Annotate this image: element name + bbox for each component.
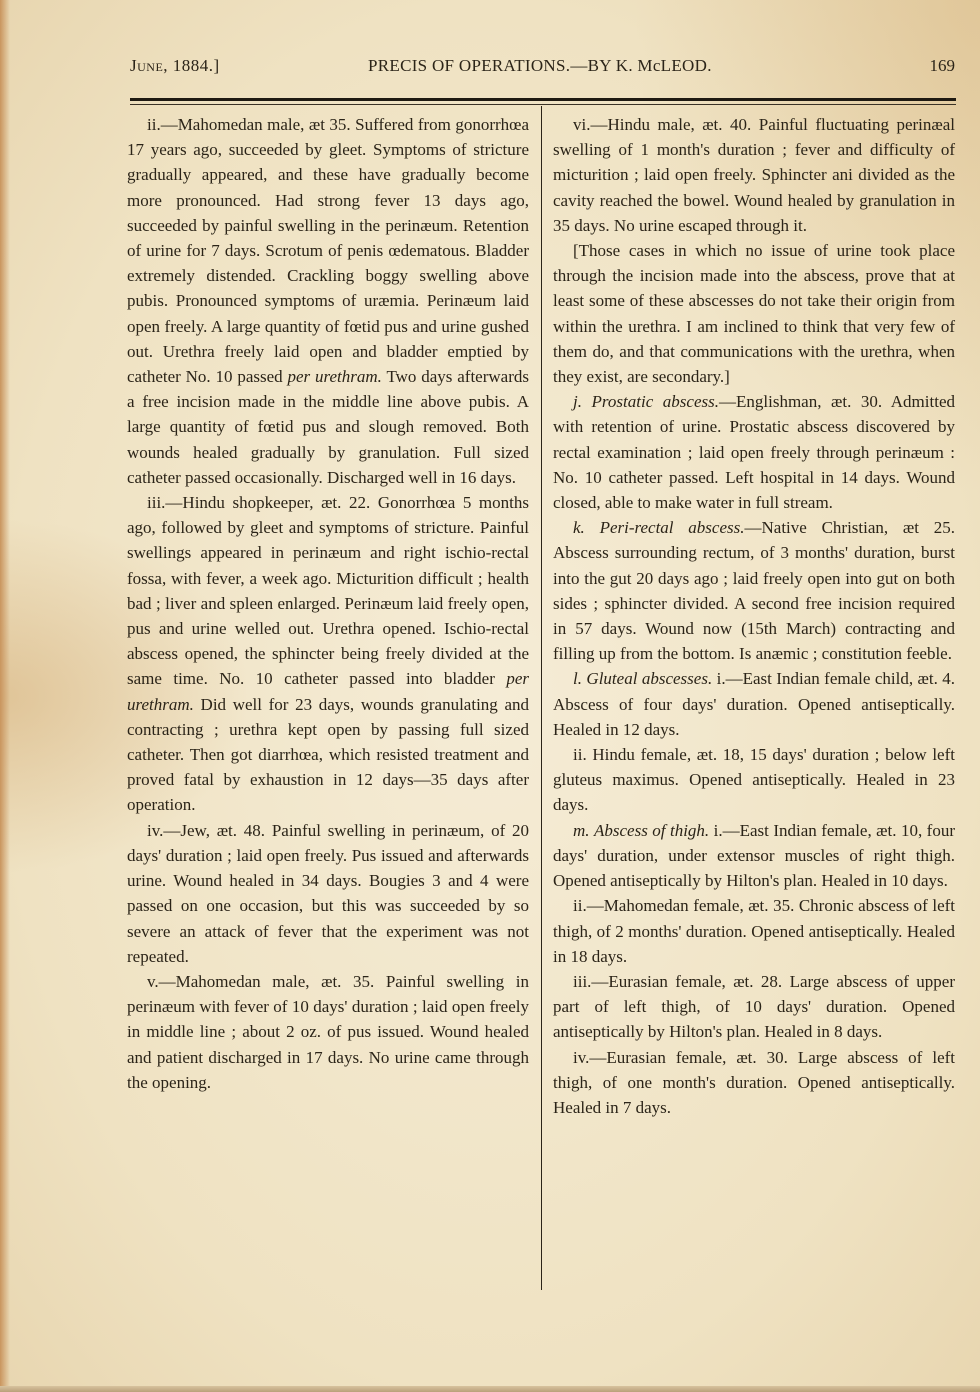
right-column: vi.—Hindu male, æt. 40. Painful fluctuat… — [553, 112, 955, 1120]
section-letter: l. — [573, 669, 582, 688]
section-heading: Gluteal abscesses. — [586, 669, 712, 688]
section-letter: m. — [573, 821, 590, 840]
running-header: June, 1884.] PRECIS OF OPERATIONS.—BY K.… — [130, 56, 960, 84]
para-text: ii. Hindu female, æt. 18, 15 days' durat… — [553, 745, 955, 814]
page-bottom-edge — [0, 1386, 980, 1392]
gluteal-case-ii: ii. Hindu female, æt. 18, 15 days' durat… — [553, 742, 955, 818]
para-text: v.—Mahomedan male, æt. 35. Painful swell… — [127, 972, 529, 1092]
para-text: [Those cases in which no issue of urine … — [553, 241, 955, 386]
book-page: June, 1884.] PRECIS OF OPERATIONS.—BY K.… — [0, 0, 980, 1392]
section-l-gluteal-abscesses: l. Gluteal abscesses. i.—East Indian fem… — [553, 666, 955, 742]
section-m-abscess-of-thigh: m. Abscess of thigh. i.—East Indian fema… — [553, 818, 955, 894]
header-rule-thick — [130, 98, 956, 101]
section-heading: Peri-rectal abscess. — [600, 518, 745, 537]
section-heading: Abscess of thigh. — [594, 821, 709, 840]
para-text: —Native Christian, æt 25. Abscess surrou… — [553, 518, 955, 663]
case-iii-paragraph: iii.—Hindu shopkeeper, æt. 22. Gonorrhœa… — [127, 490, 529, 818]
para-text: iv.—Jew, æt. 48. Painful swelling in per… — [127, 821, 529, 966]
case-v-paragraph: v.—Mahomedan male, æt. 35. Painful swell… — [127, 969, 529, 1095]
left-column: ii.—Mahomedan male, æt 35. Suffered from… — [127, 112, 529, 1095]
page-number: 169 — [930, 56, 956, 76]
para-text: iii.—Eurasian female, æt. 28. Large absc… — [553, 972, 955, 1041]
para-text: iv.—Eurasian female, æt. 30. Large absce… — [553, 1048, 955, 1117]
section-letter: k. — [573, 518, 585, 537]
section-letter: j. — [573, 392, 582, 411]
editorial-note-paragraph: [Those cases in which no issue of urine … — [553, 238, 955, 389]
page-edge-shadow — [0, 0, 10, 1392]
para-text: ii.—Mahomedan male, æt 35. Suffered from… — [127, 115, 529, 386]
para-text: ii.—Mahomedan female, æt. 35. Chronic ab… — [553, 896, 955, 965]
case-vi-paragraph: vi.—Hindu male, æt. 40. Painful fluctuat… — [553, 112, 955, 238]
thigh-case-ii: ii.—Mahomedan female, æt. 35. Chronic ab… — [553, 893, 955, 969]
case-ii-paragraph: ii.—Mahomedan male, æt 35. Suffered from… — [127, 112, 529, 490]
para-italic: per urethram. — [288, 367, 382, 386]
header-date: June, 1884.] — [130, 56, 220, 76]
section-j-prostatic-abscess: j. Prostatic abscess.—Englishman, æt. 30… — [553, 389, 955, 515]
header-title: PRECIS OF OPERATIONS.—BY K. McLEOD. — [368, 56, 712, 76]
column-divider — [541, 106, 542, 1290]
section-heading: Prostatic abscess. — [592, 392, 719, 411]
thigh-case-iii: iii.—Eurasian female, æt. 28. Large absc… — [553, 969, 955, 1045]
thigh-case-iv: iv.—Eurasian female, æt. 30. Large absce… — [553, 1045, 955, 1121]
para-text: iii.—Hindu shopkeeper, æt. 22. Gonorrhœa… — [127, 493, 529, 688]
header-rule-thin — [130, 104, 956, 105]
case-iv-paragraph: iv.—Jew, æt. 48. Painful swelling in per… — [127, 818, 529, 969]
section-k-peri-rectal-abscess: k. Peri-rectal abscess.—Native Christian… — [553, 515, 955, 666]
para-text: vi.—Hindu male, æt. 40. Painful fluctuat… — [553, 115, 955, 235]
